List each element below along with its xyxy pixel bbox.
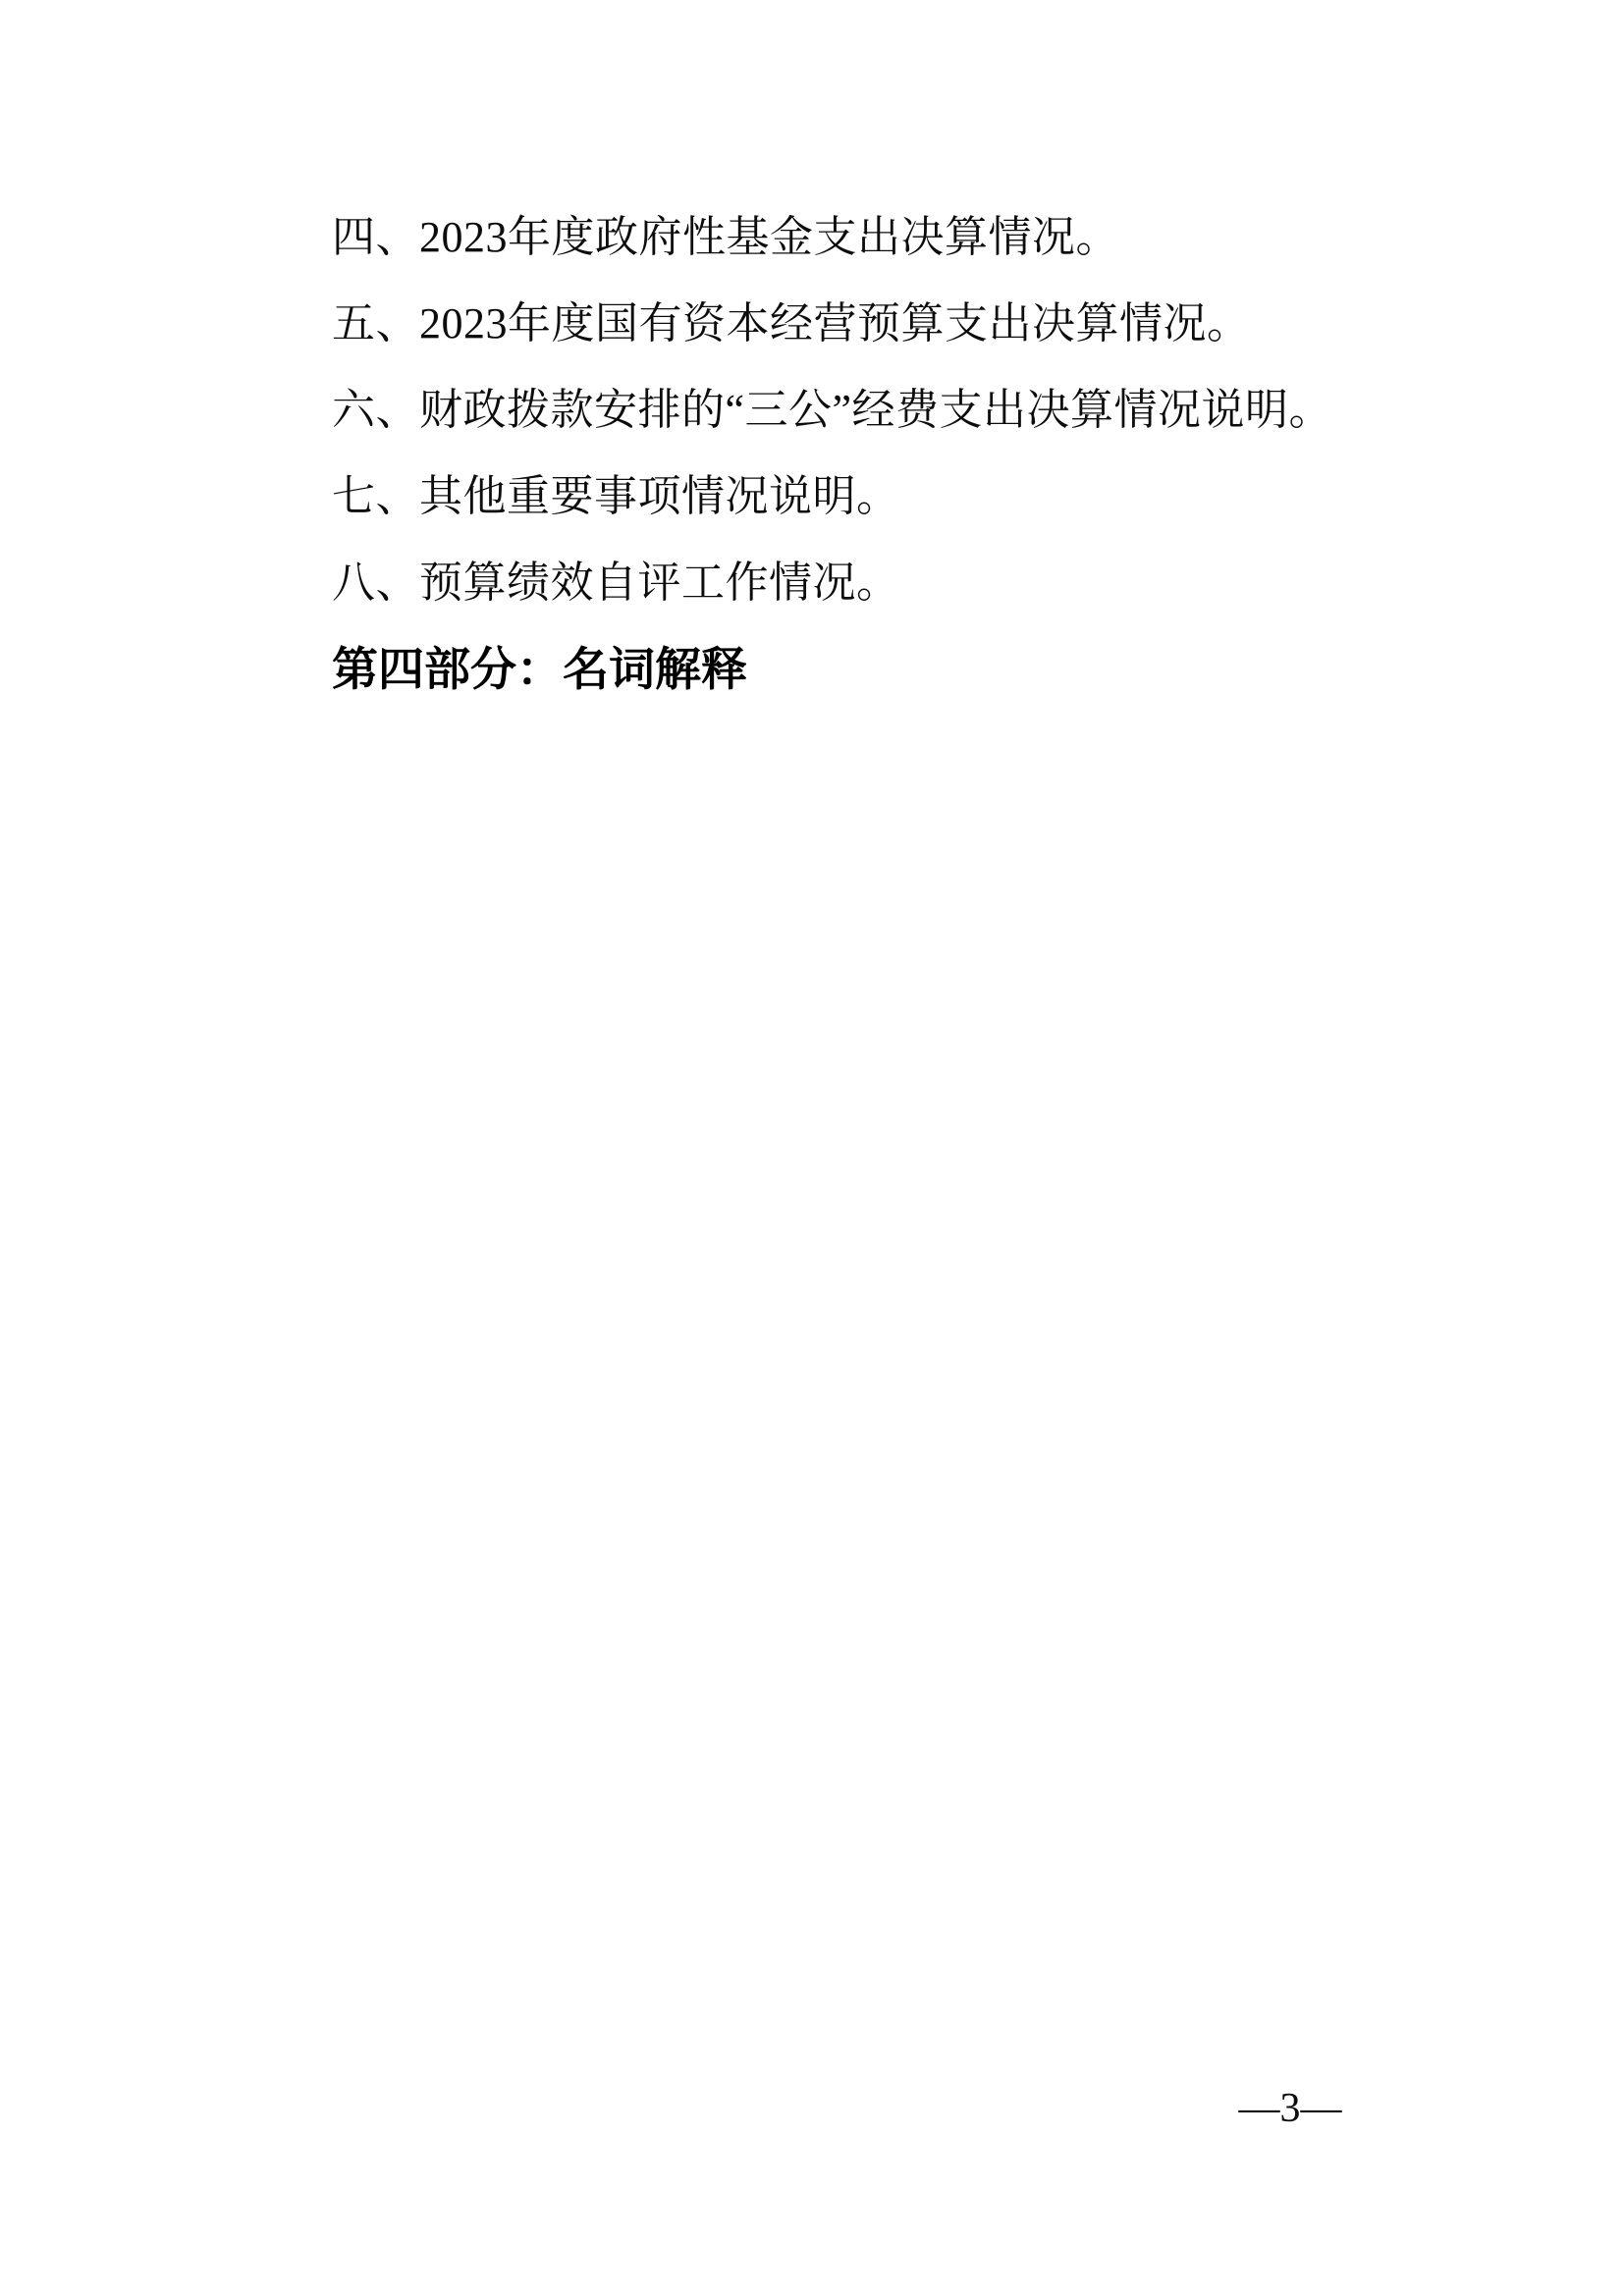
toc-item-4: 四、2023年度政府性基金支出决算情况。 (332, 194, 1447, 281)
toc-item-8: 八、预算绩效自评工作情况。 (332, 540, 1447, 626)
document-body: 四、2023年度政府性基金支出决算情况。 五、2023年度国有资本经营预算支出决… (332, 194, 1447, 713)
page-number: —3— (1217, 2083, 1364, 2134)
section-heading-part4: 第四部分：名词解释 (332, 626, 1447, 713)
toc-item-5: 五、2023年度国有资本经营预算支出决算情况。 (332, 281, 1447, 367)
toc-item-6: 六、财政拨款安排的“三公”经费支出决算情况说明。 (332, 367, 1447, 454)
toc-item-7: 七、其他重要事项情况说明。 (332, 454, 1447, 540)
document-page: 四、2023年度政府性基金支出决算情况。 五、2023年度国有资本经营预算支出决… (0, 0, 1624, 2296)
